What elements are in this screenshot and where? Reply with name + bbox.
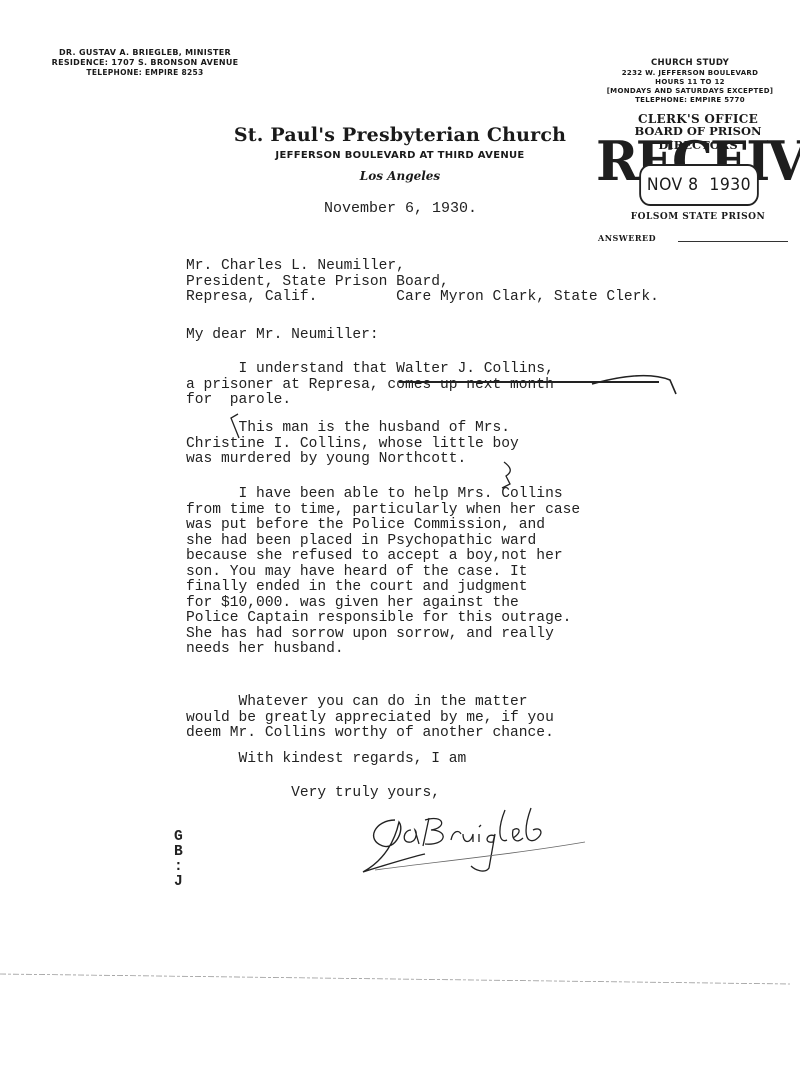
handwritten-signature: GABriegleb — [355, 800, 595, 880]
paper-fold-line — [0, 972, 800, 992]
study-address: 2232 W. JEFFERSON BOULEVARD — [590, 69, 790, 78]
minister-name: DR. GUSTAV A. BRIEGLEB, MINISTER — [40, 48, 250, 58]
study-title: CHURCH STUDY — [590, 58, 790, 69]
closing-line: With kindest regards, I am — [186, 752, 466, 768]
handwritten-bracket-open — [228, 412, 242, 440]
answered-line — [678, 241, 788, 242]
addressee-block: Mr. Charles L. Neumiller, President, Sta… — [186, 259, 659, 306]
paragraph-1: I understand that Walter J. Collins, a p… — [186, 362, 554, 409]
church-address: JEFFERSON BOULEVARD AT THIRD AVENUE — [230, 150, 570, 161]
church-city: Los Angeles — [330, 169, 470, 183]
church-name: St. Paul's Presbyterian Church — [225, 124, 575, 146]
residence-phone: TELEPHONE: EMPIRE 8253 — [40, 68, 250, 78]
stamp-prison: FOLSOM STATE PRISON — [598, 212, 798, 222]
paragraph-4: Whatever you can do in the matter would … — [186, 695, 554, 742]
paragraph-3: I have been able to help Mrs. Collins fr… — [186, 487, 580, 658]
church-study-header: CHURCH STUDY 2232 W. JEFFERSON BOULEVARD… — [590, 58, 790, 105]
typist-initials: G B : J — [174, 830, 183, 890]
stamp-date: NOV 8 1930 — [647, 175, 751, 195]
stamp-date-box: NOV 8 1930 — [639, 164, 759, 206]
residence-address: RESIDENCE: 1707 S. BRONSON AVENUE — [40, 58, 250, 68]
minister-header: DR. GUSTAV A. BRIEGLEB, MINISTER RESIDEN… — [40, 48, 250, 78]
study-phone: TELEPHONE: EMPIRE 5770 — [590, 96, 790, 105]
stamp-answered-label: ANSWERED — [598, 233, 656, 243]
study-hours: HOURS 11 TO 12 — [590, 78, 790, 87]
salutation: My dear Mr. Neumiller: — [186, 328, 379, 344]
handwritten-strike-flourish — [590, 372, 680, 402]
letter-date: November 6, 1930. — [324, 201, 477, 217]
study-exceptions: [MONDAYS AND SATURDAYS EXCEPTED] — [590, 87, 790, 96]
